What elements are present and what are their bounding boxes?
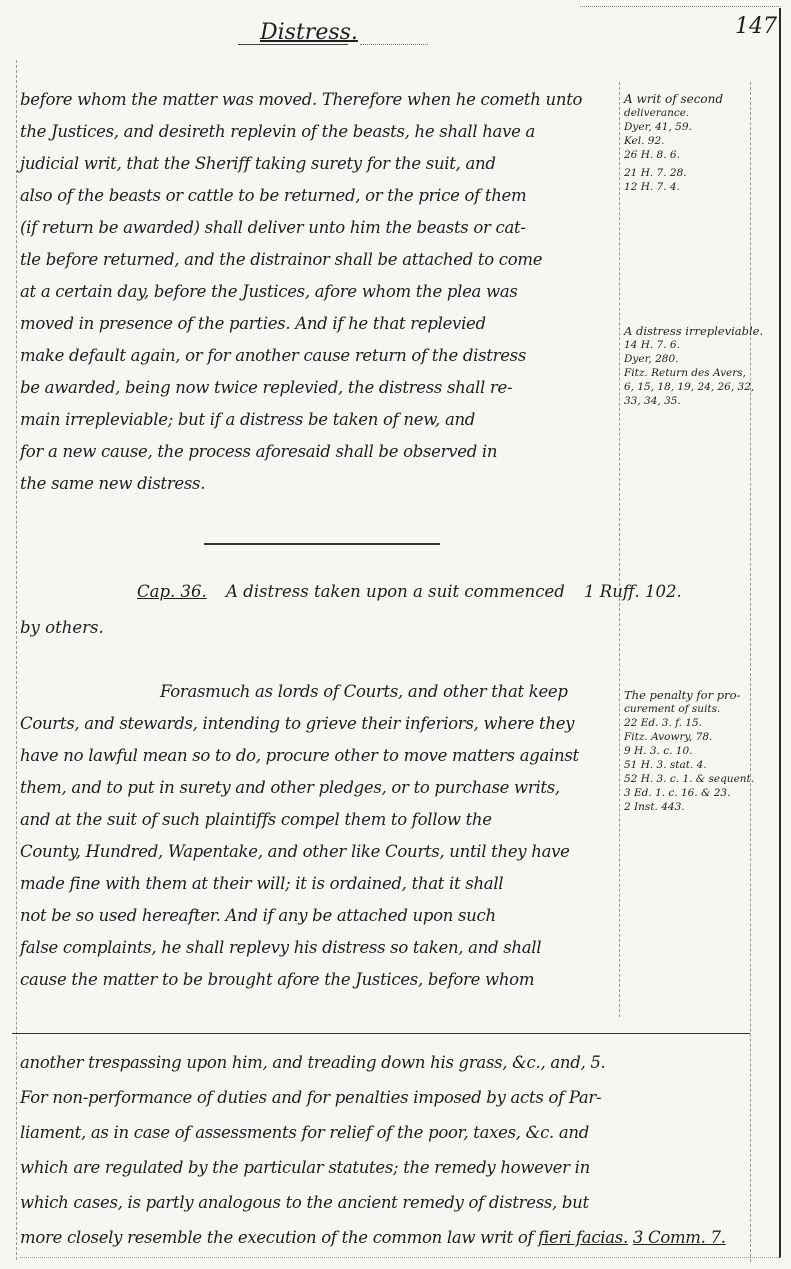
chapter-heading: Cap. 36. A distress taken upon a suit co… bbox=[137, 582, 682, 601]
text-line: the Justices, and desireth replevin of t… bbox=[20, 116, 616, 148]
margin-note-line: 33, 34, 35. bbox=[624, 394, 784, 408]
margin-note-line: deliverance. bbox=[624, 106, 784, 120]
text-line: them, and to put in surety and other ple… bbox=[20, 772, 616, 804]
text-line: County, Hundred, Wapentake, and other li… bbox=[20, 836, 616, 868]
margin-note-line: 6, 15, 18, 19, 24, 26, 32, bbox=[624, 380, 784, 394]
left-margin-rule bbox=[16, 60, 17, 1260]
text-line: at a certain day, before the Justices, a… bbox=[20, 276, 616, 308]
text-line: also of the beasts or cattle to be retur… bbox=[20, 180, 616, 212]
text-line: which are regulated by the particular st… bbox=[20, 1150, 750, 1185]
margin-note-line: 9 H. 3. c. 10. bbox=[624, 744, 784, 758]
margin-note-line: 12 H. 7. 4. bbox=[624, 180, 784, 194]
margin-note-line: 21 H. 7. 28. bbox=[624, 166, 784, 180]
margin-note-second-deliverance: A writ of second deliverance. Dyer, 41, … bbox=[624, 92, 784, 194]
text-line: Courts, and stewards, intending to griev… bbox=[20, 708, 616, 740]
section-separator bbox=[204, 543, 440, 545]
margin-note-heading: A distress irrepleviable. bbox=[624, 324, 784, 338]
manuscript-page: Distress. 147 before whom the matter was… bbox=[0, 0, 791, 1269]
margin-note-line: Fitz. Avowry, 78. bbox=[624, 730, 784, 744]
chapter-label: Cap. 36. bbox=[137, 582, 207, 601]
footnote-text: another trespassing upon him, and treadi… bbox=[20, 1045, 750, 1255]
margin-note-penalty-procurement: The penalty for pro- curement of suits. … bbox=[624, 688, 784, 814]
text-line: make default again, or for another cause… bbox=[20, 340, 616, 372]
text-line: another trespassing upon him, and treadi… bbox=[20, 1045, 750, 1080]
body-text-middle: Forasmuch as lords of Courts, and other … bbox=[20, 676, 616, 996]
text-line: For non-performance of duties and for pe… bbox=[20, 1080, 750, 1115]
text-line: moved in presence of the parties. And if… bbox=[20, 308, 616, 340]
text-line: before whom the matter was moved. Theref… bbox=[20, 84, 616, 116]
page-border-top bbox=[580, 6, 781, 8]
text-line: liament, as in case of assessments for r… bbox=[20, 1115, 750, 1150]
text-line: not be so used hereafter. And if any be … bbox=[20, 900, 616, 932]
text-line: made fine with them at their will; it is… bbox=[20, 868, 616, 900]
page-number: 147 bbox=[735, 14, 777, 39]
margin-note-line: Kel. 92. bbox=[624, 134, 784, 148]
text-line: be awarded, being now twice replevied, t… bbox=[20, 372, 616, 404]
text-line: which cases, is partly analogous to the … bbox=[20, 1185, 750, 1220]
margin-note-line: Fitz. Return des Avers, bbox=[624, 366, 784, 380]
text-line: judicial writ, that the Sheriff taking s… bbox=[20, 148, 616, 180]
body-text-top: before whom the matter was moved. Theref… bbox=[20, 84, 616, 500]
chapter-title-continued: by others. bbox=[20, 618, 104, 637]
page-border-bottom bbox=[20, 1257, 781, 1259]
margin-note-line: 22 Ed. 3. f. 15. bbox=[624, 716, 784, 730]
page-border-right bbox=[779, 8, 781, 1258]
margin-note-line: 3 Ed. 1. c. 16. & 23. bbox=[624, 786, 784, 800]
margin-note-line: 2 Inst. 443. bbox=[624, 800, 784, 814]
text-segment: more closely resemble the execution of t… bbox=[20, 1228, 533, 1247]
chapter-title: A distress taken upon a suit commenced bbox=[226, 582, 565, 601]
text-line: have no lawful mean so to do, procure ot… bbox=[20, 740, 616, 772]
text-line: tle before returned, and the distrainor … bbox=[20, 244, 616, 276]
header-underline-right bbox=[360, 44, 428, 46]
text-line: main irrepleviable; but if a distress be… bbox=[20, 404, 616, 436]
footnote-divider bbox=[12, 1033, 750, 1034]
right-margin-rule bbox=[750, 82, 751, 1262]
latin-term: fieri facias. bbox=[538, 1228, 628, 1247]
text-line: for a new cause, the process aforesaid s… bbox=[20, 436, 616, 468]
chapter-citation: 1 Ruff. 102. bbox=[584, 582, 682, 601]
footnote-citation: 3 Comm. 7. bbox=[633, 1228, 726, 1247]
margin-note-line: Dyer, 280. bbox=[624, 352, 784, 366]
margin-note-heading: A writ of second bbox=[624, 92, 784, 106]
margin-note-heading: The penalty for pro- bbox=[624, 688, 784, 702]
text-line: false complaints, he shall replevy his d… bbox=[20, 932, 616, 964]
page-title: Distress. bbox=[260, 20, 358, 45]
text-line: cause the matter to be brought afore the… bbox=[20, 964, 616, 996]
margin-note-line: Dyer, 41, 59. bbox=[624, 120, 784, 134]
text-line: Forasmuch as lords of Courts, and other … bbox=[20, 676, 616, 708]
text-line: (if return be awarded) shall deliver unt… bbox=[20, 212, 616, 244]
margin-note-line: 52 H. 3. c. 1. & sequent. bbox=[624, 772, 784, 786]
text-line: and at the suit of such plaintiffs compe… bbox=[20, 804, 616, 836]
margin-column-rule bbox=[619, 82, 620, 1017]
text-line-last: more closely resemble the execution of t… bbox=[20, 1220, 750, 1255]
margin-note-line: 26 H. 8. 6. bbox=[624, 148, 784, 162]
margin-note-line: curement of suits. bbox=[624, 702, 784, 716]
margin-note-distress-irrepleviable: A distress irrepleviable. 14 H. 7. 6. Dy… bbox=[624, 324, 784, 408]
margin-note-line: 51 H. 3. stat. 4. bbox=[624, 758, 784, 772]
text-line: the same new distress. bbox=[20, 468, 616, 500]
margin-note-line: 14 H. 7. 6. bbox=[624, 338, 784, 352]
